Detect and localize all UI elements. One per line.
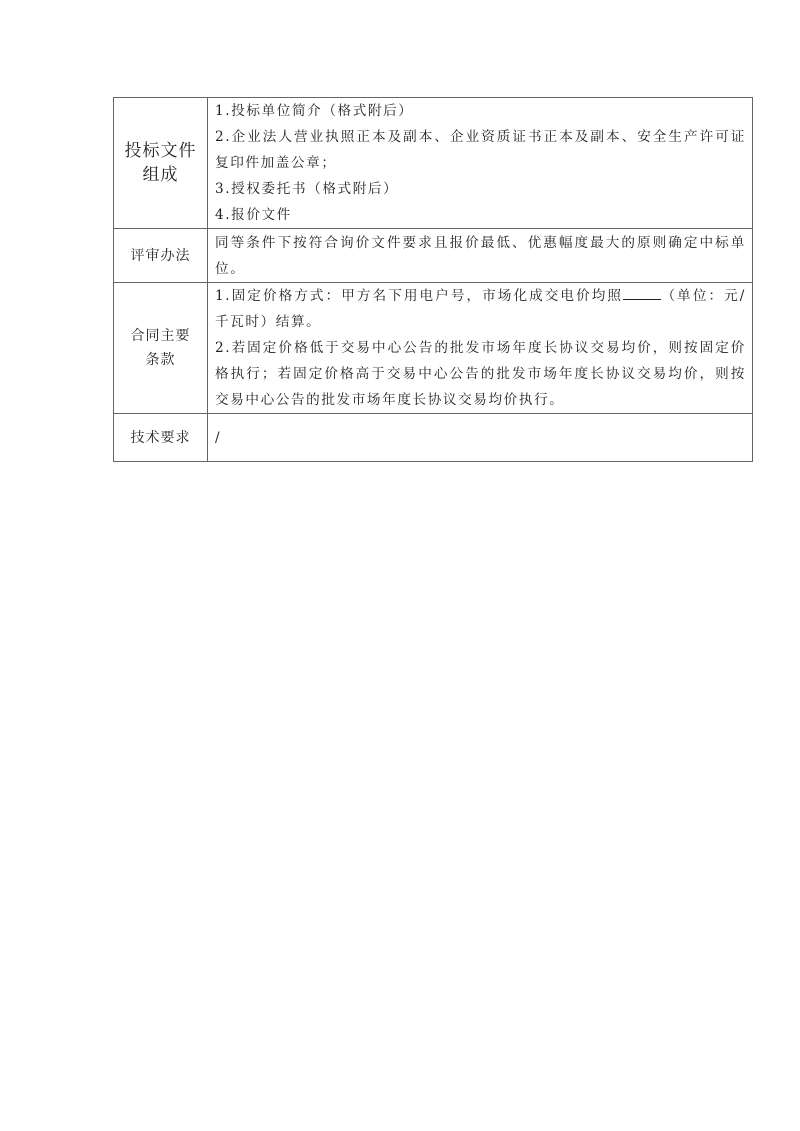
evaluation-text: 同等条件下按符合询价文件要求且报价最低、优惠幅度最大的原则确定中标单位。 xyxy=(215,230,746,282)
table-row-bid-documents: 投标文件 组成 1.投标单位简介（格式附后） 2.企业法人营业执照正本及副本、企… xyxy=(114,98,753,229)
contract-clause-1: 1.固定价格方式：甲方名下用电户号，市场化成交电价均照（单位：元/千瓦时）结算。 xyxy=(215,283,746,335)
bid-document-item: 2.企业法人营业执照正本及副本、企业资质证书正本及副本、安全生产许可证复印件加盖… xyxy=(215,124,746,176)
row-label-contract-terms: 合同主要 条款 xyxy=(114,283,208,414)
bid-document-item: 3.授权委托书（格式附后） xyxy=(215,176,746,202)
row-content-technical-requirements: / xyxy=(208,414,753,462)
price-blank-field xyxy=(623,285,661,300)
table-row-contract-terms: 合同主要 条款 1.固定价格方式：甲方名下用电户号，市场化成交电价均照（单位：元… xyxy=(114,283,753,414)
row-label-line: 条款 xyxy=(114,348,207,372)
row-content-contract-terms: 1.固定价格方式：甲方名下用电户号，市场化成交电价均照（单位：元/千瓦时）结算。… xyxy=(208,283,753,414)
row-label-line: 技术要求 xyxy=(114,426,207,450)
table-row-technical-requirements: 技术要求 / xyxy=(114,414,753,462)
bid-document-item: 4.报价文件 xyxy=(215,202,746,228)
bidding-requirements-table: 投标文件 组成 1.投标单位简介（格式附后） 2.企业法人营业执照正本及副本、企… xyxy=(113,97,753,462)
table-row-evaluation-method: 评审办法 同等条件下按符合询价文件要求且报价最低、优惠幅度最大的原则确定中标单位… xyxy=(114,229,753,283)
row-content-evaluation-method: 同等条件下按符合询价文件要求且报价最低、优惠幅度最大的原则确定中标单位。 xyxy=(208,229,753,283)
row-content-bid-documents: 1.投标单位简介（格式附后） 2.企业法人营业执照正本及副本、企业资质证书正本及… xyxy=(208,98,753,229)
row-label-line: 合同主要 xyxy=(114,324,207,348)
row-label-line: 组成 xyxy=(114,163,207,187)
row-label-evaluation-method: 评审办法 xyxy=(114,229,208,283)
clause-1-text-before: 1.固定价格方式：甲方名下用电户号，市场化成交电价均照 xyxy=(215,288,623,304)
technical-requirements-text: / xyxy=(215,425,746,451)
row-label-line: 评审办法 xyxy=(114,244,207,268)
row-label-line: 投标文件 xyxy=(114,139,207,163)
contract-clause-2: 2.若固定价格低于交易中心公告的批发市场年度长协议交易均价，则按固定价格执行；若… xyxy=(215,335,746,413)
bid-document-item: 1.投标单位简介（格式附后） xyxy=(215,98,746,124)
row-label-bid-documents: 投标文件 组成 xyxy=(114,98,208,229)
row-label-technical-requirements: 技术要求 xyxy=(114,414,208,462)
